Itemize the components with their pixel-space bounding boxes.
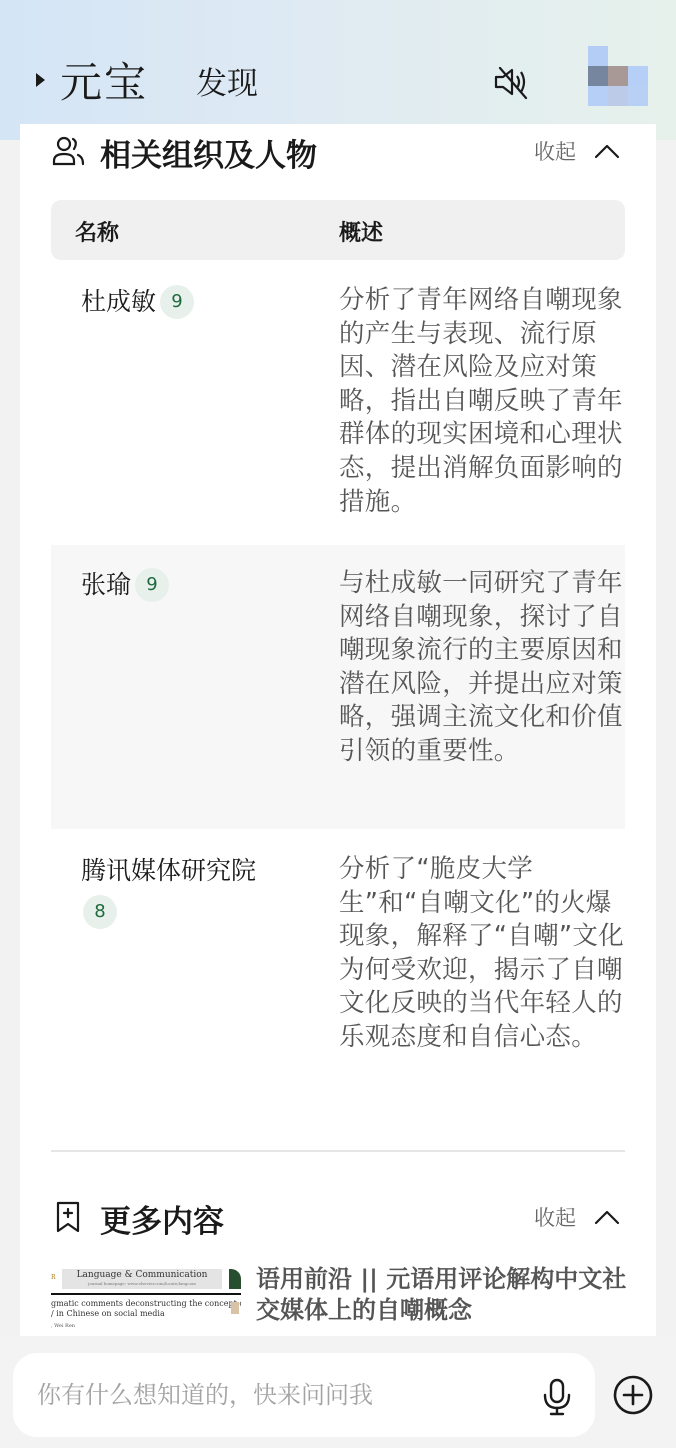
journal-cover [229, 1269, 241, 1289]
crossmark-icon [231, 1302, 239, 1314]
paper-title-snippet: gmatic comments deconstructing the conce… [51, 1299, 241, 1319]
people-icon [52, 134, 86, 168]
article-thumbnail: R Language & Communication journal homep… [51, 1266, 241, 1336]
question-input[interactable] [37, 1373, 517, 1417]
entity-description: 分析了青年网络自嘲现象的产生与表现、流行原因、潜在风险及应对策略，指出自嘲反映了… [339, 284, 625, 519]
more-section-header: 更多内容 收起 [20, 1190, 656, 1246]
entity-name: 腾讯媒体研究院8 [81, 853, 301, 930]
thumbnail-rule [51, 1293, 241, 1295]
reference-count-badge[interactable]: 9 [135, 568, 169, 602]
chevron-up-icon [594, 143, 620, 159]
microphone-icon[interactable] [541, 1377, 573, 1417]
paper-authors: , Wei Ren [51, 1323, 75, 1329]
collapse-label: 收起 [534, 1202, 576, 1232]
journal-banner: Language & Communication journal homepag… [62, 1269, 222, 1289]
app-header: 元宝 发现 [0, 40, 676, 120]
add-icon[interactable] [612, 1374, 654, 1416]
collapse-button[interactable]: 收起 [534, 1202, 620, 1232]
section-title: 相关组织及人物 [100, 130, 317, 175]
result-card: 相关组织及人物 收起 名称 概述 杜成敏9 分析了青年网络自嘲现象的产生与表现、… [20, 124, 656, 1336]
composer-pill [13, 1353, 595, 1437]
paper-line-1: gmatic comments deconstructing the conce… [51, 1299, 241, 1309]
entity-description: 分析了“脆皮大学生”和“自嘲文化”的火爆现象，解释了“自嘲”文化为何受欢迎，揭示… [339, 853, 625, 1055]
publisher-logo: R [51, 1274, 56, 1281]
section-title: 更多内容 [100, 1196, 224, 1241]
entity-name-text: 杜成敏 [81, 287, 156, 316]
column-header-name: 名称 [75, 216, 119, 247]
table-row: 张瑜9 与杜成敏一同研究了青年网络自嘲现象，探讨了自嘲现象流行的主要原因和潜在风… [51, 545, 625, 829]
reference-count-badge[interactable]: 8 [83, 895, 117, 929]
journal-name: Language & Communication [77, 1270, 208, 1280]
entity-name-text: 张瑜 [81, 570, 131, 599]
journal-homepage: journal homepage: www.elsevier.com/locat… [62, 1281, 222, 1287]
entity-name: 杜成敏9 [81, 284, 301, 320]
entity-description: 与杜成敏一同研究了青年网络自嘲现象，探讨了自嘲现象流行的主要原因和潜在风险，并提… [339, 567, 625, 769]
table-row: 腾讯媒体研究院8 分析了“脆皮大学生”和“自嘲文化”的火爆现象，解释了“自嘲”文… [51, 829, 625, 1119]
sidebar-toggle-icon[interactable] [36, 73, 45, 87]
table-header: 名称 概述 [51, 200, 625, 260]
avatar[interactable] [588, 46, 648, 106]
collapse-label: 收起 [534, 136, 576, 166]
column-header-summary: 概述 [339, 216, 383, 247]
table-row: 杜成敏9 分析了青年网络自嘲现象的产生与表现、流行原因、潜在风险及应对策略，指出… [51, 270, 625, 546]
bookmark-plus-icon [52, 1200, 86, 1234]
reference-count-badge[interactable]: 9 [160, 285, 194, 319]
speaker-muted-icon[interactable] [492, 62, 532, 102]
paper-line-2: / in Chinese on social media [51, 1309, 241, 1319]
chevron-up-icon [594, 1209, 620, 1225]
related-section-header: 相关组织及人物 收起 [20, 124, 656, 180]
collapse-button[interactable]: 收起 [534, 136, 620, 166]
tab-discover[interactable]: 发现 [196, 58, 258, 103]
composer-bar [0, 1336, 676, 1448]
entity-name: 张瑜9 [81, 567, 301, 603]
content-card[interactable]: R Language & Communication journal homep… [51, 1262, 625, 1336]
section-divider [51, 1150, 625, 1152]
app-logo[interactable]: 元宝 [60, 50, 148, 110]
content-title[interactable]: 语用前沿 || 元语用评论解构中文社交媒体上的自嘲概念 [256, 1264, 628, 1326]
entity-name-text: 腾讯媒体研究院 [81, 856, 256, 885]
